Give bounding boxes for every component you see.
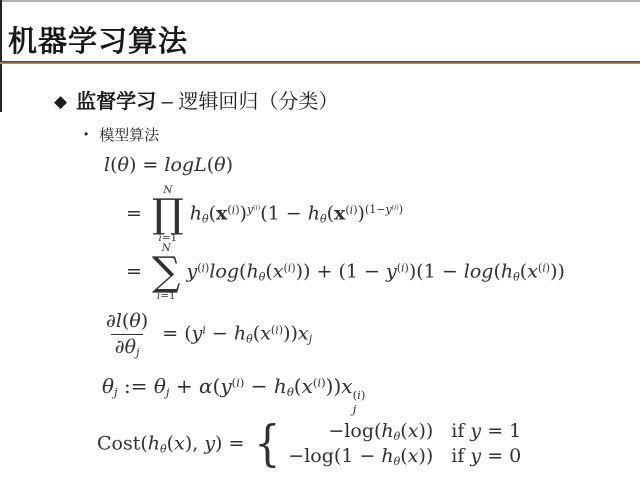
bullet-item: ◆监督学习 – 逻辑回归（分类） xyxy=(54,85,338,114)
title-underline xyxy=(0,61,640,64)
slide-root: 机器学习算法 ◆监督学习 – 逻辑回归（分类） •模型算法 l(θ) = log… xyxy=(0,0,640,480)
formula-update-rule: θj := θj + α(y(i) − hθ(x(i)))x(i)j xyxy=(102,374,365,416)
top-edge-artifact xyxy=(0,0,640,2)
formula-cost-cases: Cost(hθ(x), y) = {−log(hθ(x))if y = 1−lo… xyxy=(97,419,521,470)
formula-gradient: ∂l(θ)∂θj = (yi − hθ(x(i)))xj xyxy=(102,309,312,360)
sub-bullet-item: •模型算法 xyxy=(84,124,159,145)
formula-log-likelihood: l(θ) = logL(θ) xyxy=(104,154,233,176)
sub-bullet-label: 模型算法 xyxy=(99,127,159,144)
bullet-text-rest: – 逻辑回归（分类） xyxy=(156,91,338,113)
left-edge-artifact xyxy=(0,0,2,112)
diamond-bullet-icon: ◆ xyxy=(54,92,67,111)
formula-likelihood-sum: = N∑i=1y(i)log(hθ(x(i))) + (1 − y(i))(1 … xyxy=(126,243,565,302)
dot-bullet-icon: • xyxy=(84,127,88,141)
formula-likelihood-product: = N∏i=1hθ(x(i))y(i)(1 − hθ(x(i))(1−y(i)) xyxy=(126,185,403,244)
bullet-text-bold: 监督学习 xyxy=(76,91,156,113)
page-title: 机器学习算法 xyxy=(8,19,188,60)
